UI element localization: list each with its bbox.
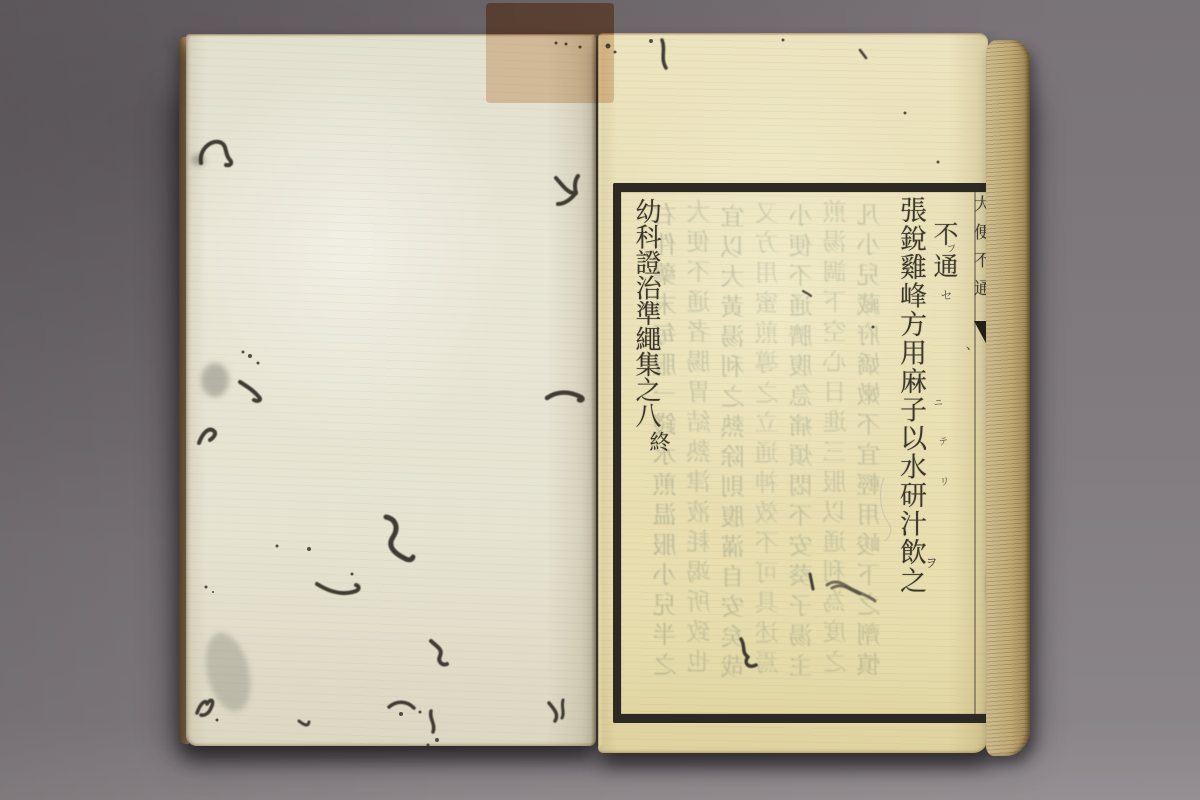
book-photograph: 右件藥末毎服一錢水煎温服小兒半之 大便不通者腸胃結熱津液耗竭所致也 宜以大黃湯利… <box>0 0 1200 800</box>
orange-repair-tab <box>486 3 614 103</box>
fore-edge-page-stack <box>986 40 1030 756</box>
